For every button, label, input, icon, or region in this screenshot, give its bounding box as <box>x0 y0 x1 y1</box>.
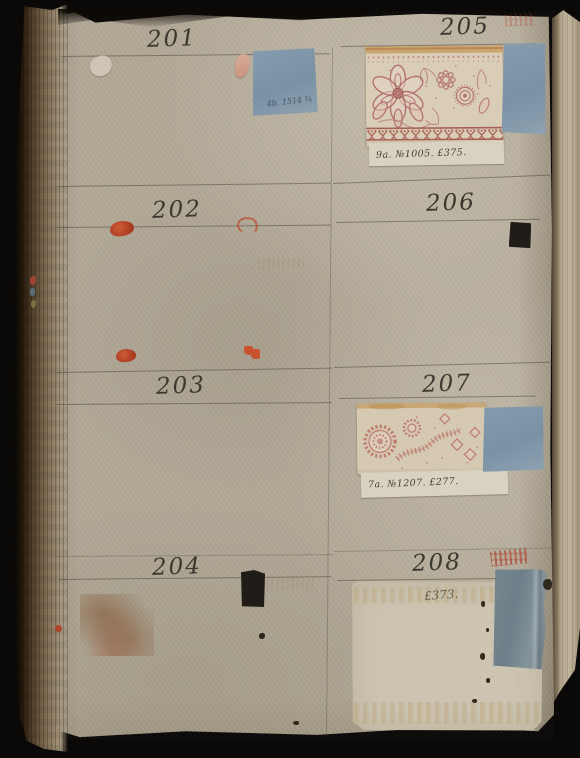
faded-inscription-204 <box>267 577 317 591</box>
section-201-number: 201 <box>147 25 198 53</box>
swatch-208-bottom-border <box>354 702 541 724</box>
dark-mark-page-edge <box>543 579 552 590</box>
worn-binding-edge <box>15 4 68 752</box>
red-wax-mark-203-right <box>244 346 260 359</box>
black-dot-204 <box>259 633 265 639</box>
ink-spot <box>472 699 477 703</box>
caption-strip-205: 9a. №1005. £375. <box>369 141 504 166</box>
rule-left-margin <box>56 58 57 723</box>
label-201-inscription: 4b. 1514 ¾ <box>266 94 313 108</box>
floral-print-swatch-205-image <box>366 46 504 148</box>
black-square-204 <box>241 570 265 607</box>
caption-205-text: 9a. №1005. £375. <box>369 140 504 161</box>
ink-spot <box>486 678 490 683</box>
blue-paper-swatch-205 <box>502 43 547 135</box>
brown-stain-bottom-left <box>80 594 154 656</box>
blue-paper-swatch-207 <box>483 406 544 472</box>
caption-strip-207: 7a. №1207. £277. <box>361 469 509 498</box>
caption-208-text: £373. <box>424 587 459 603</box>
section-203-number: 203 <box>156 372 207 400</box>
section-206-number: 206 <box>426 189 477 217</box>
section-204-number: 204 <box>152 553 203 581</box>
blue-paper-swatch-208 <box>492 569 546 671</box>
adjacent-page-fore-edge <box>552 8 580 712</box>
blue-paper-label-201: 4b. 1514 ¾ <box>251 48 318 116</box>
section-205-number: 205 <box>440 13 491 41</box>
ink-spot <box>480 653 485 660</box>
section-208-number: 208 <box>412 549 463 577</box>
photo-of-sample-book-page: 201 202 203 204 205 206 207 208 4b. 1514… <box>0 0 580 758</box>
black-square-206 <box>509 222 531 248</box>
red-marks-above-205 <box>505 13 535 26</box>
ink-spot <box>293 721 299 725</box>
ink-spot <box>481 601 485 607</box>
paisley-print-swatch-207-image <box>357 402 487 474</box>
floral-print-swatch-205 <box>366 46 504 148</box>
section-207-number: 207 <box>422 370 473 398</box>
section-202-number: 202 <box>152 196 203 224</box>
paisley-print-swatch-207 <box>357 402 487 474</box>
red-spot-bottom-left <box>55 625 62 632</box>
ink-spot <box>486 628 489 632</box>
